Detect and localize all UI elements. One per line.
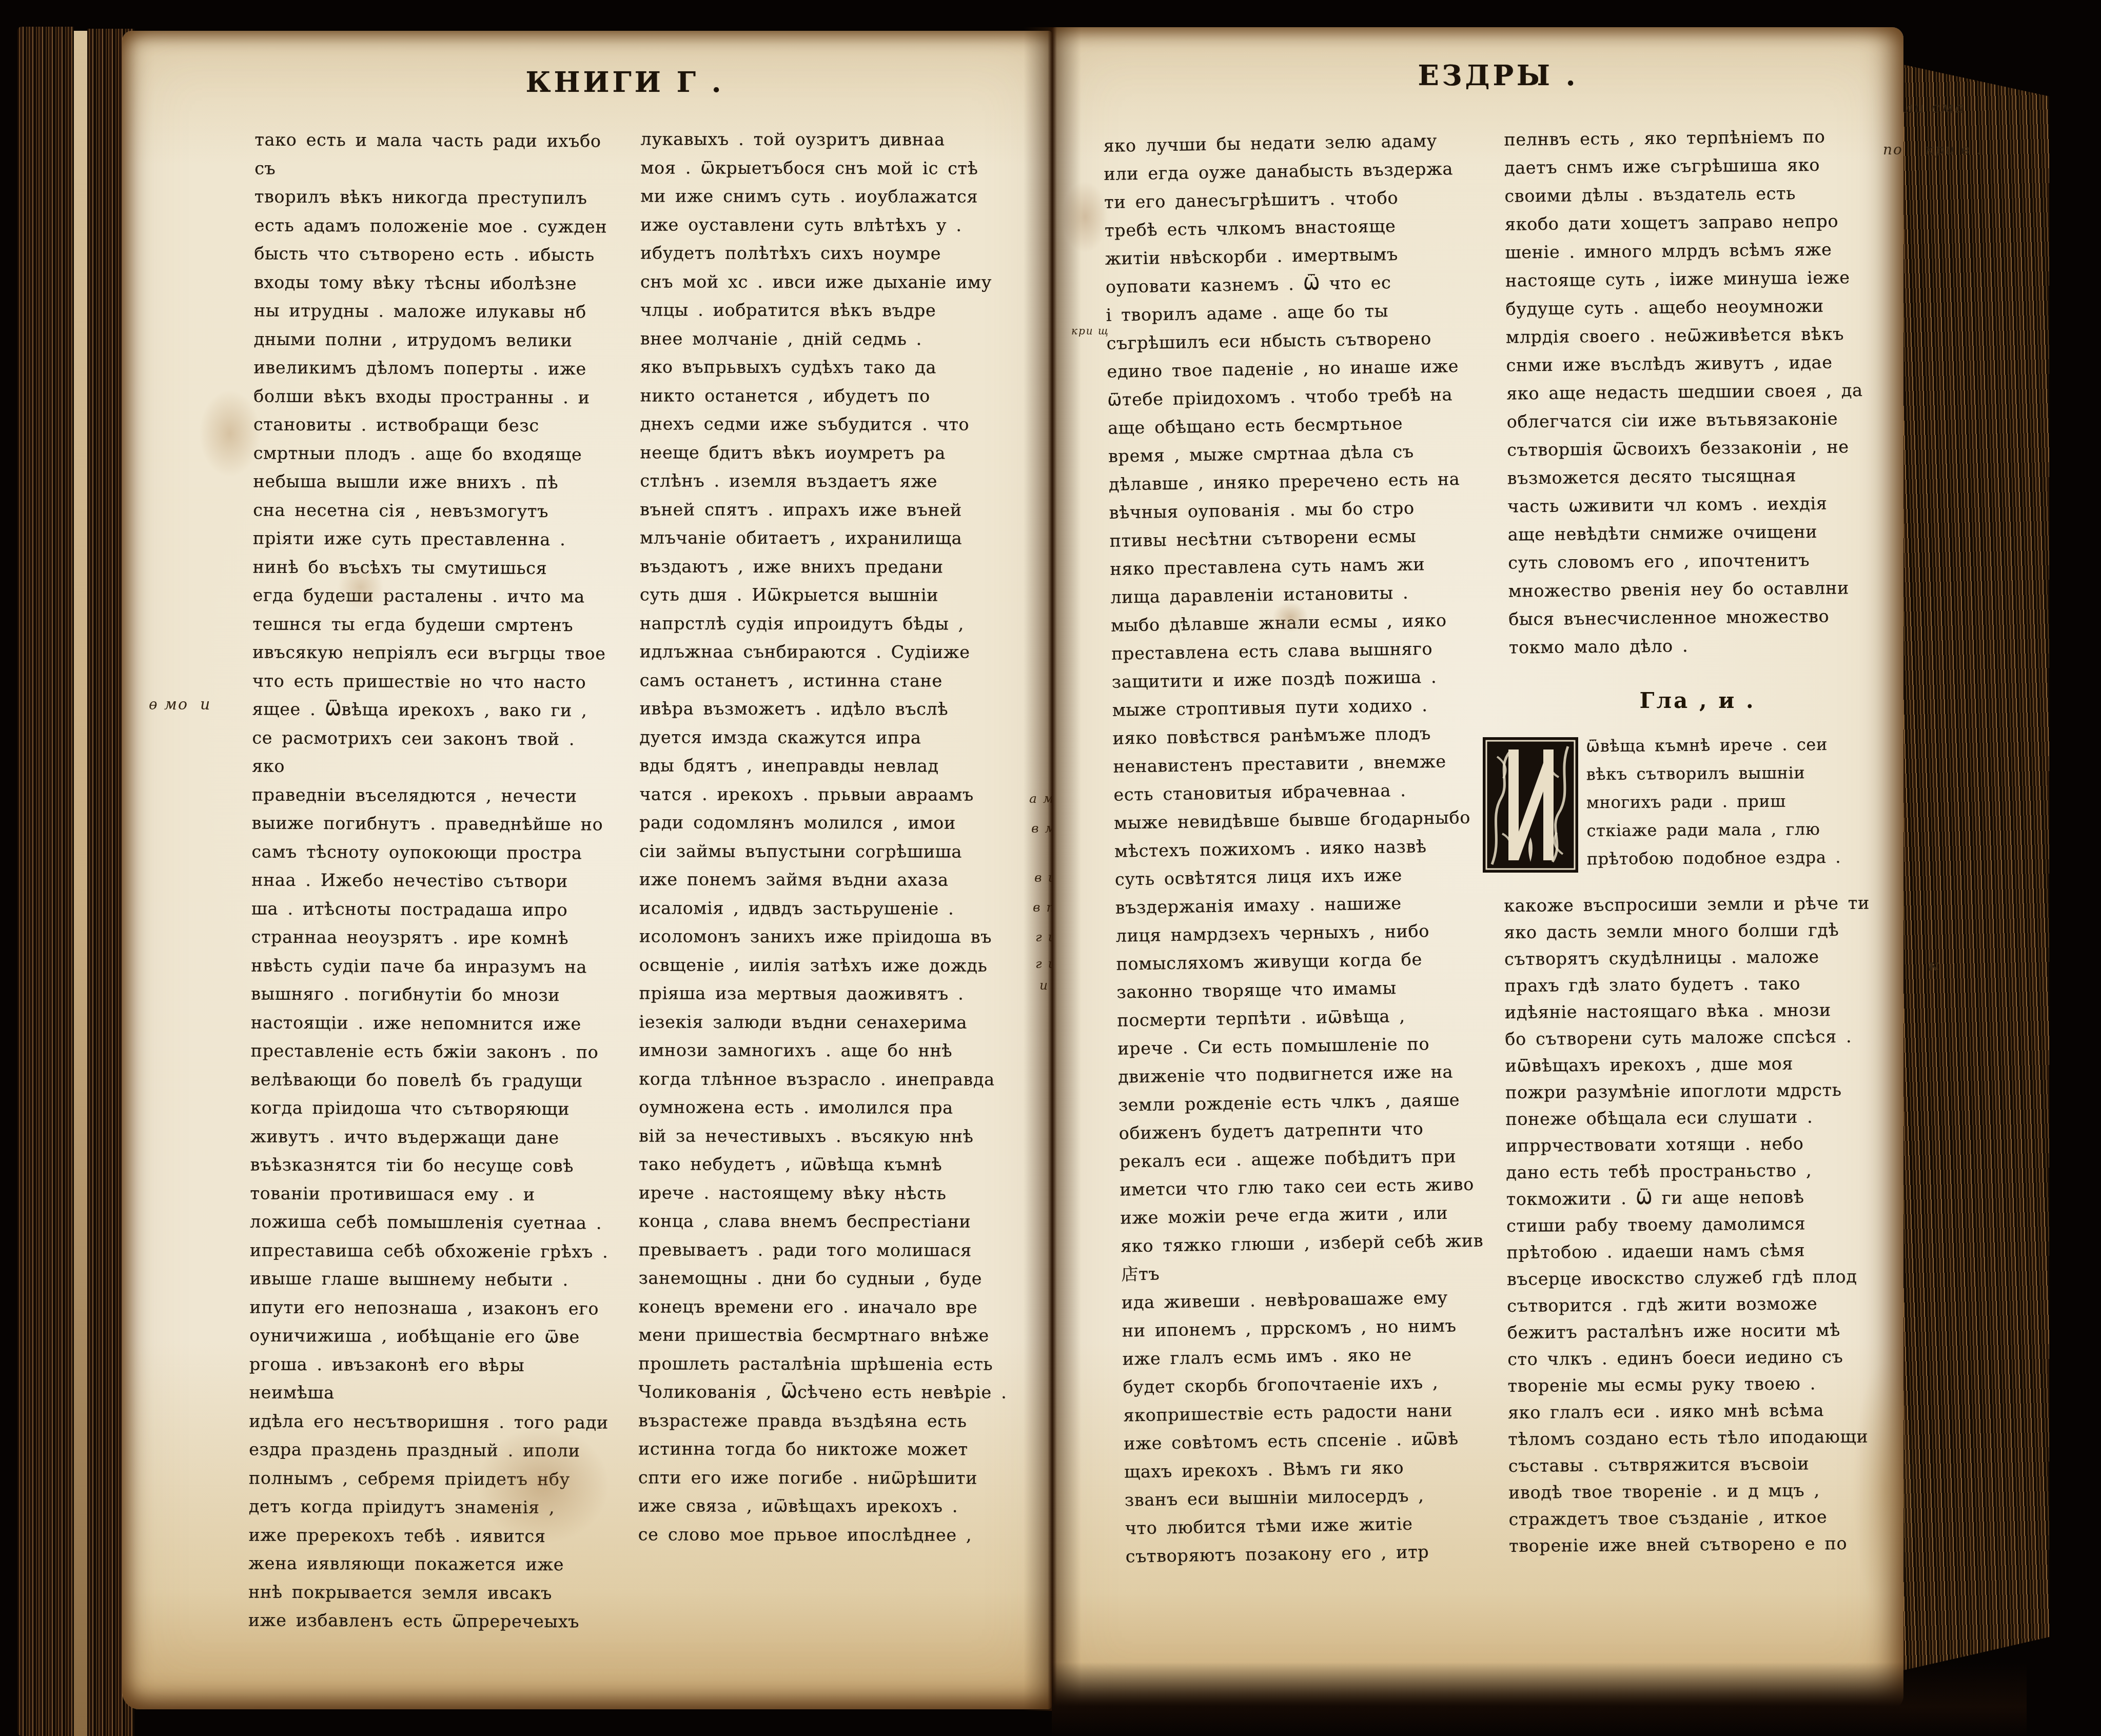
ornate-initial-letter-woodcut bbox=[1482, 736, 1579, 874]
initial-letter-art bbox=[1482, 736, 1579, 874]
photo-of-open-book: { "book": { "left_page": { "running_head… bbox=[0, 0, 2101, 1736]
right-page-column-1: яко лучши бы недати зелю адаму или егда … bbox=[1103, 126, 1495, 1571]
fore-edge-page-stack bbox=[1900, 57, 2049, 1678]
paper-stain bbox=[1062, 181, 1108, 253]
right-page-column-2-intro: пелнвъ есть , яко терпѣніемъ по даетъ сн… bbox=[1504, 122, 1891, 661]
right-page-column-2-rest: какоже въспросиши земли и рѣче ти яко да… bbox=[1504, 890, 1899, 1560]
bottom-page-block-shadow bbox=[1052, 1662, 2027, 1736]
handwritten-corner-note-line2: по кри в . bbox=[1883, 141, 1981, 158]
handwritten-inner-margin-gloss: кри щ bbox=[1071, 325, 1109, 337]
handwritten-margin-note-left: ѳ мо и bbox=[149, 696, 211, 714]
running-head-left: КНИГИ Г . bbox=[250, 66, 999, 98]
handwritten-outer-margin-mark: к bbox=[1928, 957, 1939, 975]
paper-stain bbox=[199, 390, 261, 477]
chapter-heading: Гла , и . bbox=[1506, 688, 1889, 713]
running-head-right: ЕЗДРЫ . bbox=[1113, 59, 1883, 92]
right-page-column-2-beside-initial: ѿвѣща къмнѣ ирече . сеи вѣкъ сътворилъ в… bbox=[1586, 730, 1901, 873]
right-page: ЕЗДРЫ . ли сма по кри в . яко лучши бы н… bbox=[1052, 27, 1903, 1711]
left-page-stack-edge bbox=[17, 27, 74, 1736]
left-page-column-2: лукавыхъ . той оузритъ дивнаа моя . ѿкры… bbox=[638, 125, 1012, 1549]
left-page-stack-gap bbox=[74, 31, 87, 1736]
handwritten-corner-note-line1: ли сма bbox=[1903, 99, 1965, 117]
left-page-column-1: тако есть и мала часть ради ихъбо съ тво… bbox=[248, 125, 618, 1636]
left-page: КНИГИ Г . тако есть и мала часть ради их… bbox=[122, 31, 1052, 1709]
